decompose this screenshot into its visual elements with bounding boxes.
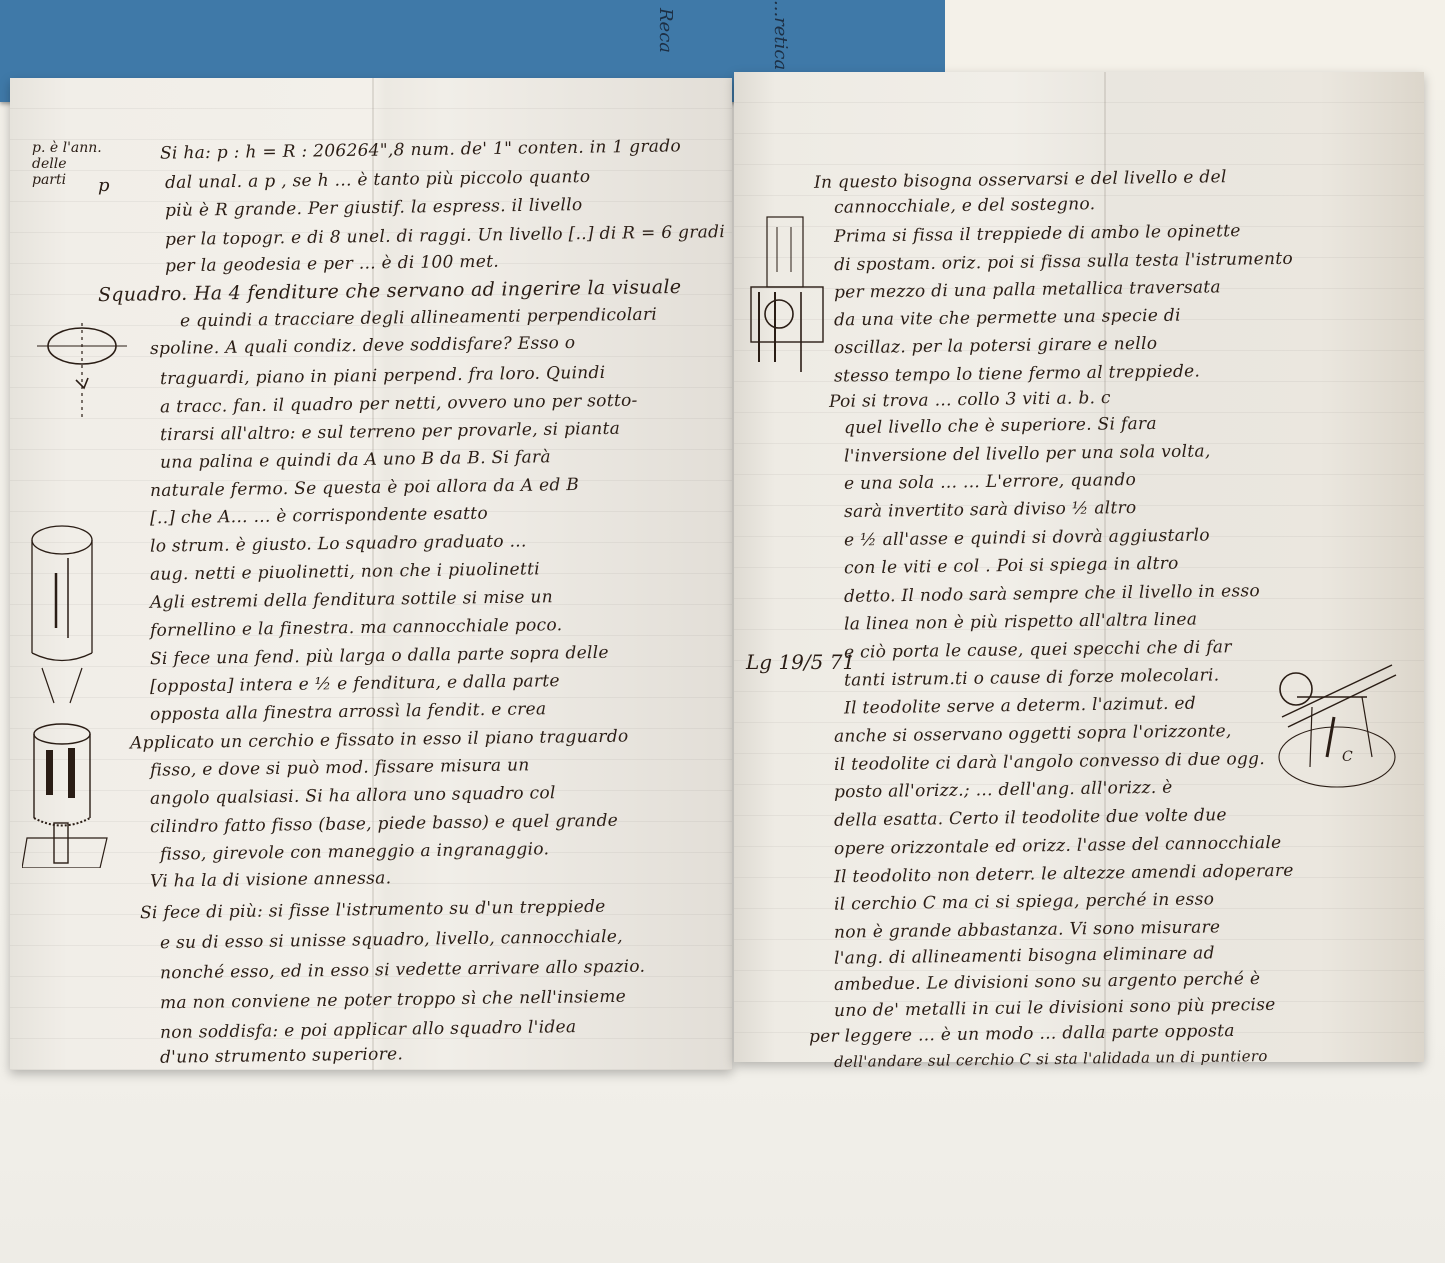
left-notebook-page: p. è l'ann. delle parti p Si ha: p : h =… xyxy=(10,78,732,1070)
svg-text:C: C xyxy=(1342,749,1353,765)
cover-handwriting: Reca xyxy=(655,8,676,53)
margin-note: p. è l'ann. delle parti xyxy=(32,140,102,188)
handwritten-line: sarà invertito sarà diviso ½ altro xyxy=(844,498,1137,522)
handwritten-line: Poi si trova ... collo 3 viti a. b. c xyxy=(829,388,1111,412)
cylindrical-squadro-sketch xyxy=(20,518,110,738)
handwritten-line: Vi ha la di visione annessa. xyxy=(150,868,392,891)
handwritten-line: cannocchiale, e del sostegno. xyxy=(834,194,1096,218)
theodolite-sketch: C xyxy=(1272,657,1402,797)
handwritten-line: d'uno strumento superiore. xyxy=(160,1044,403,1067)
cover-handwriting-title: ...retica xyxy=(770,0,791,70)
handwritten-line: e una sola ... ... L'errore, quando xyxy=(844,470,1136,494)
date-note: Lg 19/5 71 xyxy=(746,650,855,674)
circular-level-sketch xyxy=(32,318,142,428)
tripod-head-sketch xyxy=(739,212,839,382)
right-notebook-page: C Lg 19/5 71 In questo bisogna osservars… xyxy=(734,72,1424,1062)
geared-cylinder-on-base-sketch xyxy=(22,718,122,868)
margin-symbol: p xyxy=(98,178,110,194)
